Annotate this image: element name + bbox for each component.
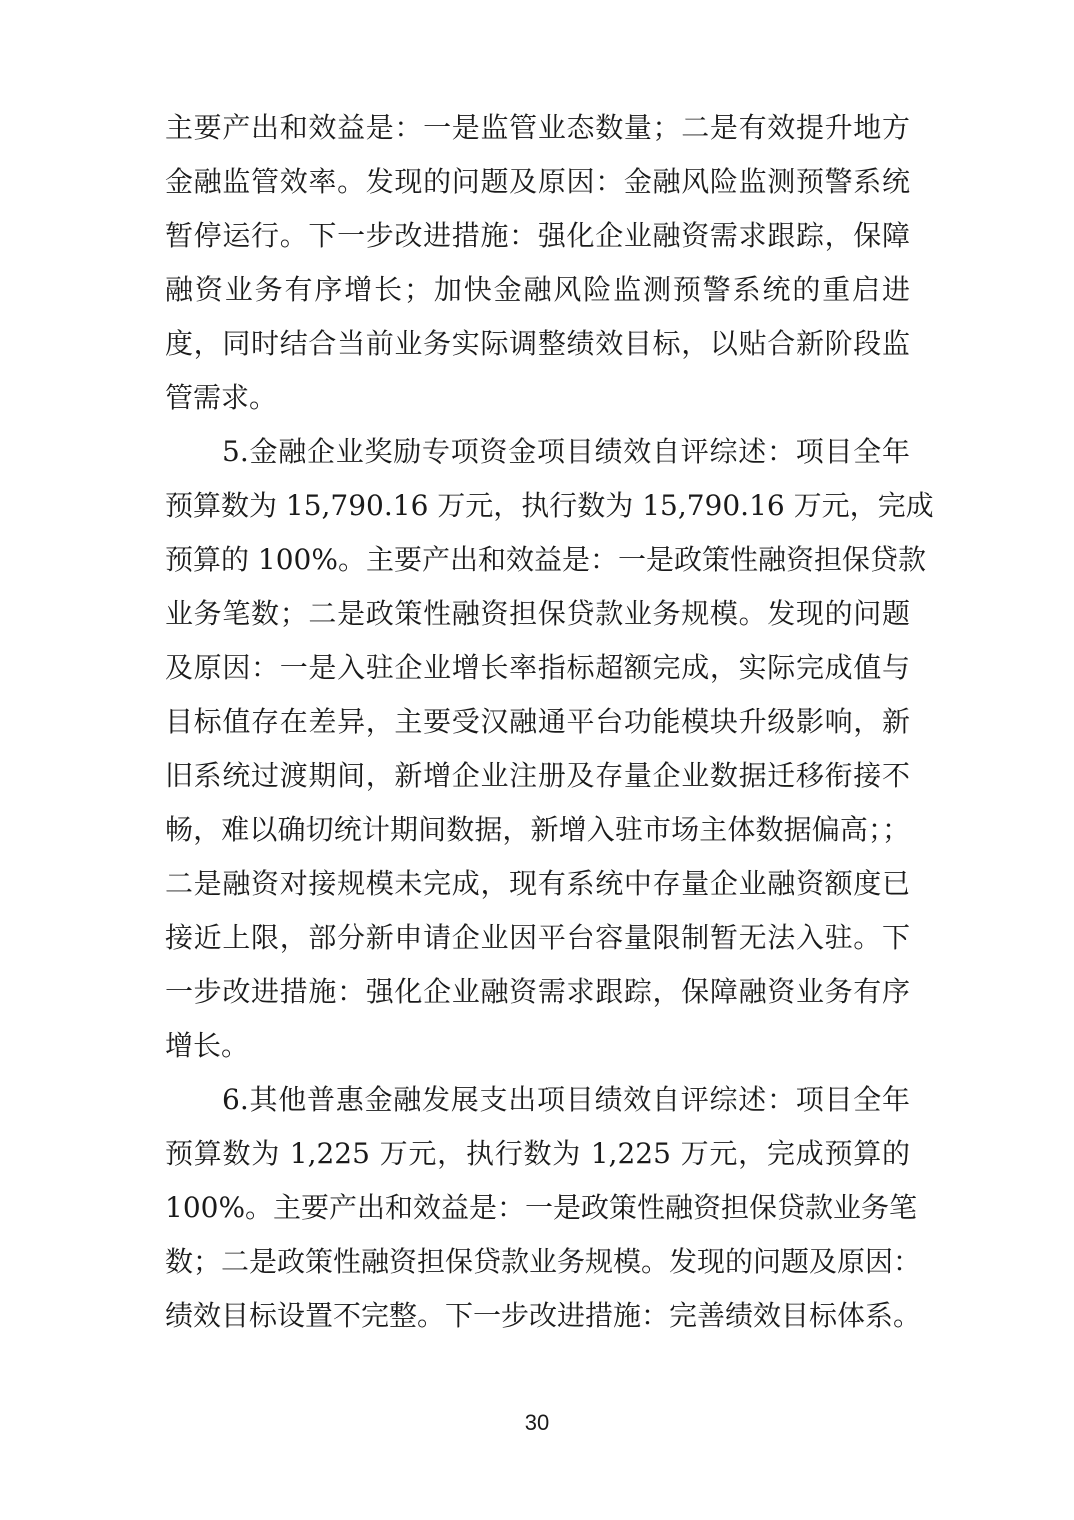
text-line: 业务笔数；二是政策性融资担保贷款业务规模。发现的问题 (165, 594, 910, 634)
text-line: 预算的 100%。主要产出和效益是：一是政策性融资担保贷款 (165, 540, 910, 580)
text-line: 暂停运行。下一步改进措施：强化企业融资需求跟踪，保障 (165, 216, 910, 256)
document-page: 主要产出和效益是：一是监管业态数量；二是有效提升地方 金融监管效率。发现的问题及… (0, 0, 1074, 1520)
text-line: 融资业务有序增长；加快金融风险监测预警系统的重启进 (165, 270, 910, 310)
text-line: 金融监管效率。发现的问题及原因：金融风险监测预警系统 (165, 162, 910, 202)
paragraph-heading-6: 6.其他普惠金融发展支出项目绩效自评综述：项目全年 (222, 1080, 910, 1120)
text-line: 预算数为 1,225 万元，执行数为 1,225 万元，完成预算的 (165, 1134, 910, 1174)
text-line: 目标值存在差异，主要受汉融通平台功能模块升级影响，新 (165, 702, 910, 742)
text-line: 主要产出和效益是：一是监管业态数量；二是有效提升地方 (165, 108, 910, 148)
paragraph-heading-5: 5.金融企业奖励专项资金项目绩效自评综述：项目全年 (222, 432, 910, 472)
text-line: 100%。主要产出和效益是：一是政策性融资担保贷款业务笔 (165, 1188, 910, 1228)
text-line: 畅，难以确切统计期间数据，新增入驻市场主体数据偏高；； (165, 810, 910, 850)
page-number: 30 (0, 1410, 1074, 1436)
text-line: 绩效目标设置不完整。下一步改进措施：完善绩效目标体系。 (165, 1296, 910, 1336)
text-line: 数；二是政策性融资担保贷款业务规模。发现的问题及原因： (165, 1242, 910, 1282)
text-line: 增长。 (165, 1026, 910, 1066)
text-line: 及原因：一是入驻企业增长率指标超额完成，实际完成值与 (165, 648, 910, 688)
text-line: 一步改进措施：强化企业融资需求跟踪，保障融资业务有序 (165, 972, 910, 1012)
text-line: 接近上限，部分新申请企业因平台容量限制暂无法入驻。下 (165, 918, 910, 958)
text-line: 旧系统过渡期间，新增企业注册及存量企业数据迁移衔接不 (165, 756, 910, 796)
text-line: 管需求。 (165, 378, 910, 418)
text-line: 二是融资对接规模未完成，现有系统中存量企业融资额度已 (165, 864, 910, 904)
text-line: 预算数为 15,790.16 万元，执行数为 15,790.16 万元，完成 (165, 486, 910, 526)
text-line: 度，同时结合当前业务实际调整绩效目标，以贴合新阶段监 (165, 324, 910, 364)
